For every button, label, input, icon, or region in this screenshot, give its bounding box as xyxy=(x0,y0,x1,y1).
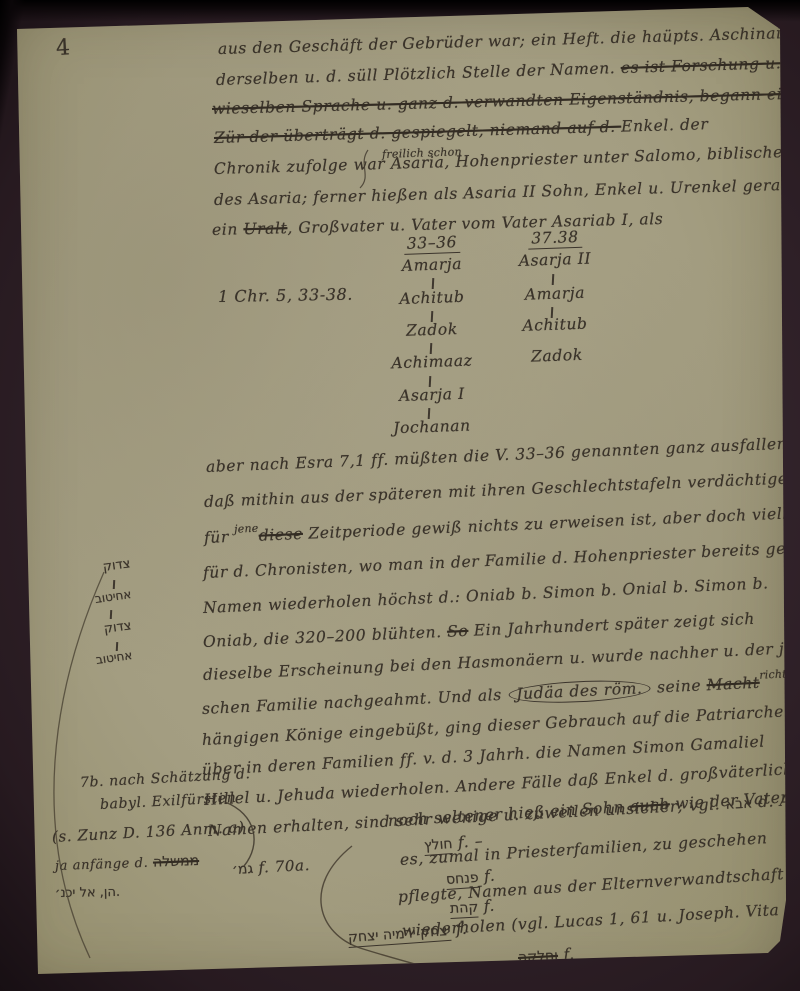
manuscript-line: aber nach Esra 7,1 ff. müßten die V. 33–… xyxy=(206,433,800,476)
margin-chain-name: צדוק xyxy=(102,556,131,575)
genealogy-name: Asarja I xyxy=(372,384,493,406)
struck-text: es ist Forschung u. Belege xyxy=(621,52,800,77)
struck-text: Uralt xyxy=(243,219,287,238)
genealogy-name: Achimaaz xyxy=(372,351,493,373)
margin-note-line: הן, אל יכנ׳. xyxy=(55,885,120,901)
genealogy-column-header: 33–36 xyxy=(372,232,493,254)
interline-insertion: jene xyxy=(234,522,259,536)
margin-chain-name: צדוק xyxy=(103,618,132,637)
line-text: seine xyxy=(651,676,707,697)
line-text: f. 70a. xyxy=(253,856,311,877)
genealogy-name: Amarja xyxy=(490,282,621,305)
genealogy-name: Achitub xyxy=(372,287,493,309)
genealogy-name: Jochanan xyxy=(372,416,493,438)
connector-line xyxy=(113,580,115,589)
manuscript-line: Namen wiederholen höchst d.: Oniab b. Si… xyxy=(203,574,769,617)
genealogy-column-header: 37.38 xyxy=(490,226,621,249)
line-text: ja anfänge d. xyxy=(55,856,154,874)
bible-reference: 1 Chr. 5, 33-38. xyxy=(218,285,353,306)
line-text: Enkel. der xyxy=(621,115,709,135)
genealogy-name: Zadok xyxy=(372,319,493,341)
line-text: ein xyxy=(212,220,244,239)
page-number: 4 xyxy=(55,35,71,61)
manuscript-line: für d. Chronisten, wo man in der Familie… xyxy=(203,538,800,582)
line-text: Ein Jahrhundert später zeigt sich xyxy=(468,610,755,640)
manuscript-line: Chronik zufolge war Asaria, Hohenprieste… xyxy=(214,141,800,178)
citation-zunz: (s. Zunz D. 136 Anm. a) xyxy=(52,818,245,846)
line-text: Zeitperiode gewiß nichts zu erweisen ist… xyxy=(303,503,800,543)
genealogy-name: Achitub xyxy=(490,313,621,336)
manuscript-line: aus den Geschäft der Gebrüder war; ein H… xyxy=(218,24,788,58)
margin-note-line: babyl. Exilfürsten xyxy=(100,790,237,813)
hebrew-word: גמ׳ xyxy=(232,861,254,878)
talmud-folio-reference: גמ׳ f. 70a. xyxy=(232,856,311,878)
struck-text: Macht xyxy=(706,674,760,694)
genealogy-name: Asarja II xyxy=(490,248,621,271)
genealogy-name: Amarja xyxy=(372,254,493,276)
manuscript-page: 4 aus den Geschäft der Gebrüder war; ein… xyxy=(0,0,800,991)
connector-line xyxy=(432,278,434,289)
margin-note-line: 7b. nach Schätzung d. xyxy=(80,766,251,791)
manuscript-line: für jenediese Zeitperiode gewiß nichts z… xyxy=(204,503,800,547)
struck-text: So xyxy=(447,622,469,641)
manuscript-line: des Asaria; ferner hießen als Asaria II … xyxy=(214,175,800,209)
connector-line xyxy=(110,610,112,619)
struck-hebrew-word: ממשלה xyxy=(153,853,200,871)
struck-line: wieselben Sprache u. ganz d. verwandten … xyxy=(212,85,800,118)
struck-text: auch xyxy=(629,795,670,815)
struck-text: diese xyxy=(258,525,303,545)
line-text: derselben u. d. süll Plötzlich Stelle de… xyxy=(216,59,621,89)
column-header-text: 33–36 xyxy=(404,233,461,255)
line-text: noch seltener hieß ein Sohn xyxy=(387,798,630,830)
circled-annotation: Judäa des röm. xyxy=(508,678,651,706)
margin-note-line: ja anfänge d. ממשלה xyxy=(55,853,200,874)
manuscript-line: Zür der überträgt d. gespiegelt, niemand… xyxy=(214,115,709,147)
connector-line xyxy=(552,274,554,285)
line-text: Oniab, die 320–200 blühten. xyxy=(203,623,448,651)
manuscript-line: derselben u. d. süll Plötzlich Stelle de… xyxy=(216,52,800,89)
margin-chain-name: אחיטוב xyxy=(94,587,132,606)
column-header-text: 37.38 xyxy=(528,228,582,250)
struck-text: Zür der überträgt d. gespiegelt, niemand… xyxy=(214,118,622,147)
manuscript-line: daß mithin aus der späteren mit ihren Ge… xyxy=(204,466,800,511)
line-text: schen Familie nachgeahmt. Und als xyxy=(202,686,508,718)
margin-chain-name: אחיטוב xyxy=(95,648,133,667)
line-text: für xyxy=(204,528,235,547)
genealogy-name: Zadok xyxy=(492,344,623,367)
